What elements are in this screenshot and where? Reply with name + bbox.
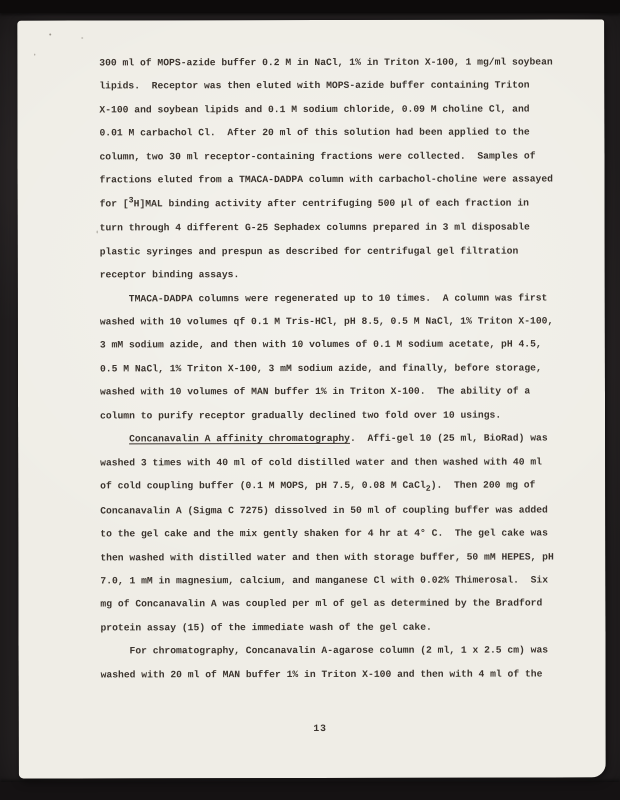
text-line: for [3H]MAL binding activity after centr…	[100, 191, 584, 216]
text-lines: 300 ml of MOPS-azide buffer 0.2 M in NaC…	[99, 50, 584, 686]
text-segment: X-100 and soybean lipids and 0.1 M sodiu…	[99, 103, 529, 115]
text-line: column, two 30 ml receptor-containing fr…	[99, 144, 583, 168]
text-segment: column, two 30 ml receptor-containing fr…	[99, 150, 535, 162]
text-segment: 0.5 M NaCl, 1% Triton X-100, 3 mM sodium…	[100, 362, 542, 374]
text-line: TMACA-DADPA columns were regenerated up …	[100, 286, 584, 310]
page-number: 13	[27, 722, 614, 734]
text-line: mg of Concanavalin A was coupled per ml …	[100, 592, 584, 616]
text-segment: then washed with distilled water and the…	[100, 551, 553, 563]
text-segment: protein assay (15) of the immediate wash…	[100, 622, 431, 634]
text-line: turn through 4 different G-25 Sephadex c…	[100, 216, 584, 240]
text-line: washed with 10 volumes qf 0.1 M Tris-HCl…	[100, 309, 584, 333]
text-segment: For chromatography, Concanavalin A-agaro…	[130, 645, 549, 657]
text-line: plastic syringes and prespun as describe…	[100, 239, 584, 263]
text-segment: washed with 20 ml of MAN buffer 1% in Tr…	[101, 668, 543, 680]
text-segment: Concanavalin A (Sigma C 7275) dissolved …	[100, 504, 548, 516]
text-segment: fractions eluted from a TMACA-DADPA colu…	[100, 174, 553, 186]
text-segment: . Affi-gel 10 (25 ml, BioRad) was	[350, 433, 548, 444]
text-segment: lipids. Receptor was then eluted with MO…	[99, 80, 529, 92]
text-segment-underline: Concanavalin A affinity chromatography	[129, 433, 350, 444]
text-segment: of cold coupling buffer (0.1 M MOPS, pH …	[100, 480, 426, 492]
text-line: washed 3 times with 40 ml of cold distil…	[100, 450, 584, 474]
text-segment: mg of Concanavalin A was coupled per ml …	[100, 598, 542, 610]
text-line: 0.01 M carbachol Cl. After 20 ml of this…	[99, 121, 583, 145]
text-segment: ). Then 200 mg of	[431, 480, 536, 491]
text-segment: for [	[100, 198, 129, 209]
text-segment-sub: 2	[426, 484, 431, 493]
text-line: then washed with distilled water and the…	[100, 545, 584, 569]
paper-speck	[81, 37, 83, 38]
text-line: For chromatography, Concanavalin A-agaro…	[101, 639, 585, 663]
text-segment: 300 ml of MOPS-azide buffer 0.2 M in NaC…	[99, 56, 552, 68]
text-line: protein assay (15) of the immediate wash…	[100, 615, 584, 639]
text-line: lipids. Receptor was then eluted with MO…	[99, 74, 583, 98]
text-line: X-100 and soybean lipids and 0.1 M sodiu…	[99, 97, 583, 121]
scan-background: 300 ml of MOPS-azide buffer 0.2 M in NaC…	[0, 0, 620, 800]
text-line: 7.0, 1 mM in magnesium, calcium, and man…	[100, 568, 584, 592]
text-line: washed with 10 volumes of MAN buffer 1% …	[100, 380, 584, 404]
text-segment: receptor binding assays.	[100, 269, 240, 280]
text-line: to the gel cake and the mix gently shake…	[100, 521, 584, 545]
text-segment: TMACA-DADPA columns were regenerated up …	[129, 292, 548, 304]
text-line: Concanavalin A affinity chromatography. …	[100, 427, 584, 451]
text-segment: H]MAL binding activity after centrifugin…	[134, 197, 529, 209]
text-line: 300 ml of MOPS-azide buffer 0.2 M in NaC…	[99, 50, 583, 74]
text-segment: washed with 10 volumes of MAN buffer 1% …	[100, 386, 530, 398]
text-line: of cold coupling buffer (0.1 M MOPS, pH …	[100, 474, 584, 499]
text-line: 0.5 M NaCl, 1% Triton X-100, 3 mM sodium…	[100, 356, 584, 380]
text-segment: 7.0, 1 mM in magnesium, calcium, and man…	[100, 574, 548, 586]
text-line: column to purify receptor gradually decl…	[100, 403, 584, 427]
scan-frame-top	[0, 0, 620, 13]
paper-speck	[49, 34, 51, 36]
text-segment: turn through 4 different G-25 Sephadex c…	[100, 222, 530, 234]
text-segment: plastic syringes and prespun as describe…	[100, 245, 519, 257]
text-line: receptor binding assays.	[100, 263, 584, 287]
text-segment: washed 3 times with 40 ml of cold distil…	[100, 456, 542, 468]
text-line: fractions eluted from a TMACA-DADPA colu…	[100, 168, 584, 192]
text-segment: washed with 10 volumes qf 0.1 M Tris-HCl…	[100, 315, 553, 327]
text-segment: 0.01 M carbachol Cl. After 20 ml of this…	[99, 127, 529, 139]
text-segment-sup: 3	[129, 197, 134, 206]
text-segment: to the gel cake and the mix gently shake…	[100, 528, 548, 540]
text-segment: 3 mM sodium azide, and then with 10 volu…	[100, 339, 542, 351]
text-line: washed with 20 ml of MAN buffer 1% in Tr…	[101, 662, 585, 686]
text-segment: column to purify receptor gradually decl…	[100, 409, 501, 421]
text-line: 3 mM sodium azide, and then with 10 volu…	[100, 333, 584, 357]
text-line: Concanavalin A (Sigma C 7275) dissolved …	[100, 498, 584, 522]
paper-speck	[97, 230, 98, 233]
scan-frame-bottom	[0, 782, 620, 800]
paper-speck	[34, 54, 35, 56]
document-page: 300 ml of MOPS-azide buffer 0.2 M in NaC…	[17, 19, 606, 778]
